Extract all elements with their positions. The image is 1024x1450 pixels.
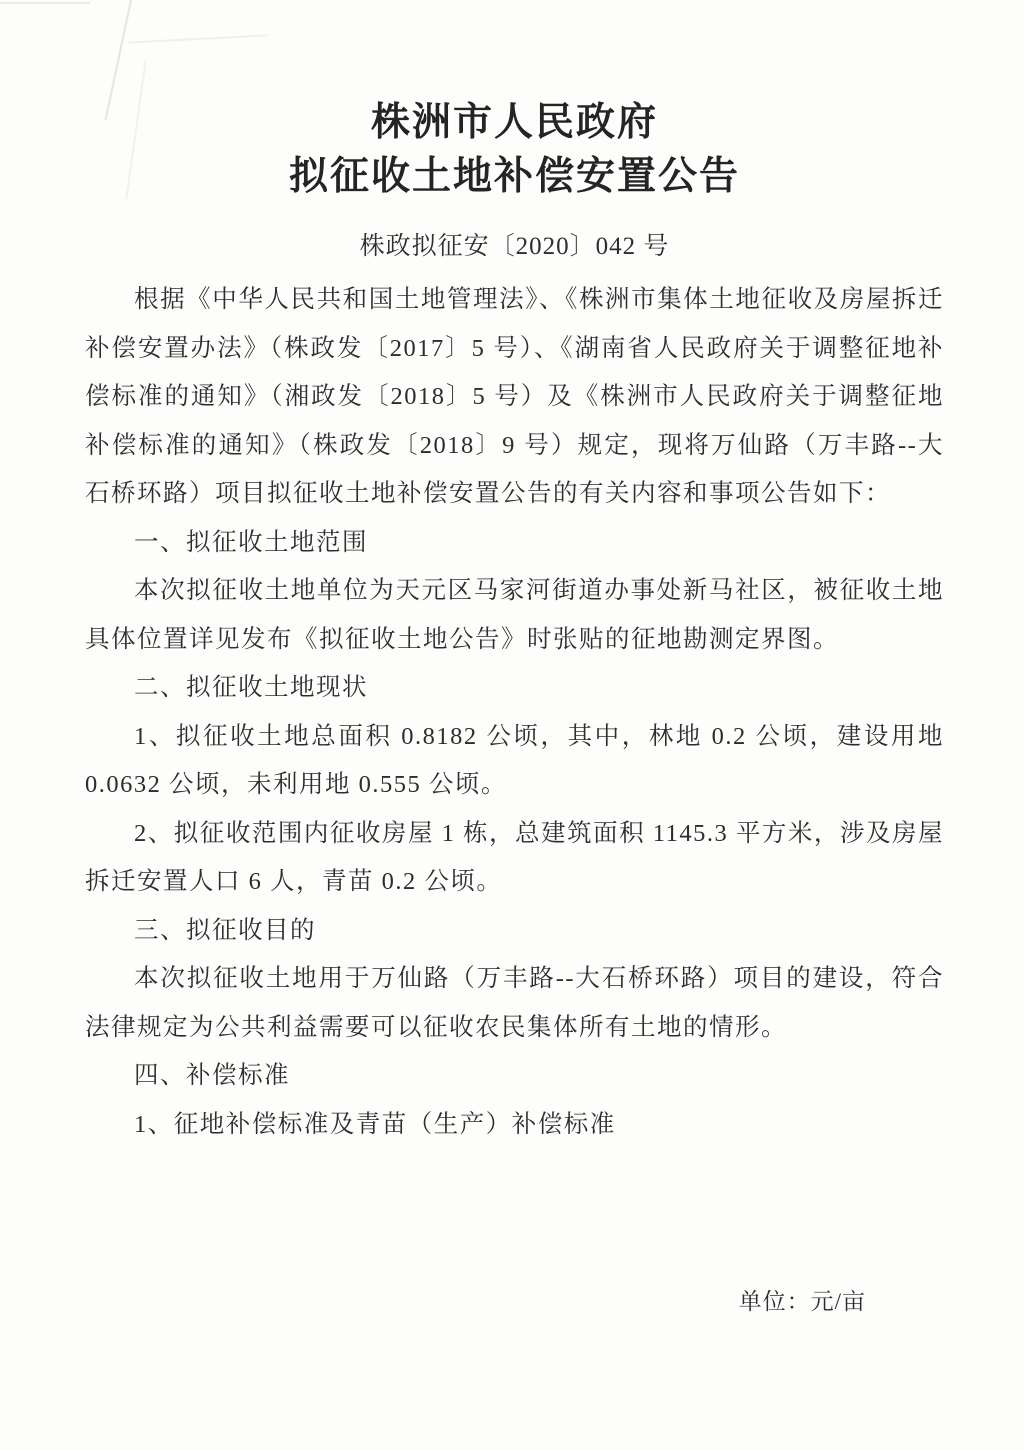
document-title-line1: 株洲市人民政府 xyxy=(85,96,944,150)
paragraph-land-scope: 本次拟征收土地单位为天元区马家河街道办事处新马社区，被征收土地具体位置详见发布《… xyxy=(85,567,944,664)
unit-note: 单位：元/亩 xyxy=(739,1283,866,1316)
document-number: 株政拟征安〔2020〕042 号 xyxy=(85,226,944,262)
paragraph-house-info: 2、拟征收范围内征收房屋 1 栋，总建筑面积 1145.3 平方米，涉及房屋拆迁… xyxy=(85,810,944,907)
paragraph-land-area: 1、拟征收土地总面积 0.8182 公顷，其中，林地 0.2 公顷，建设用地 0… xyxy=(85,713,944,810)
paragraph-basis: 根据《中华人民共和国土地管理法》、《株洲市集体土地征收及房屋拆迁补偿安置办法》（… xyxy=(85,276,944,519)
scanned-document-page: 株洲市人民政府 拟征收土地补偿安置公告 株政拟征安〔2020〕042 号 根据《… xyxy=(0,0,1024,1450)
document-title-line2: 拟征收土地补偿安置公告 xyxy=(85,150,944,204)
section-heading-2: 二、拟征收土地现状 xyxy=(85,664,944,713)
section-heading-4: 四、补偿标准 xyxy=(85,1052,944,1101)
section-heading-3: 三、拟征收目的 xyxy=(85,907,944,956)
scan-artifact xyxy=(128,34,268,47)
section-heading-1: 一、拟征收土地范围 xyxy=(85,519,944,568)
subsection-heading-compensation: 1、征地补偿标准及青苗（生产）补偿标准 xyxy=(85,1101,944,1150)
document-body: 根据《中华人民共和国土地管理法》、《株洲市集体土地征收及房屋拆迁补偿安置办法》（… xyxy=(85,276,944,1149)
paragraph-purpose: 本次拟征收土地用于万仙路（万丰路--大石桥环路）项目的建设，符合法律规定为公共利… xyxy=(85,955,944,1052)
document-content: 株洲市人民政府 拟征收土地补偿安置公告 株政拟征安〔2020〕042 号 根据《… xyxy=(85,96,944,1149)
scan-artifact xyxy=(0,2,90,7)
